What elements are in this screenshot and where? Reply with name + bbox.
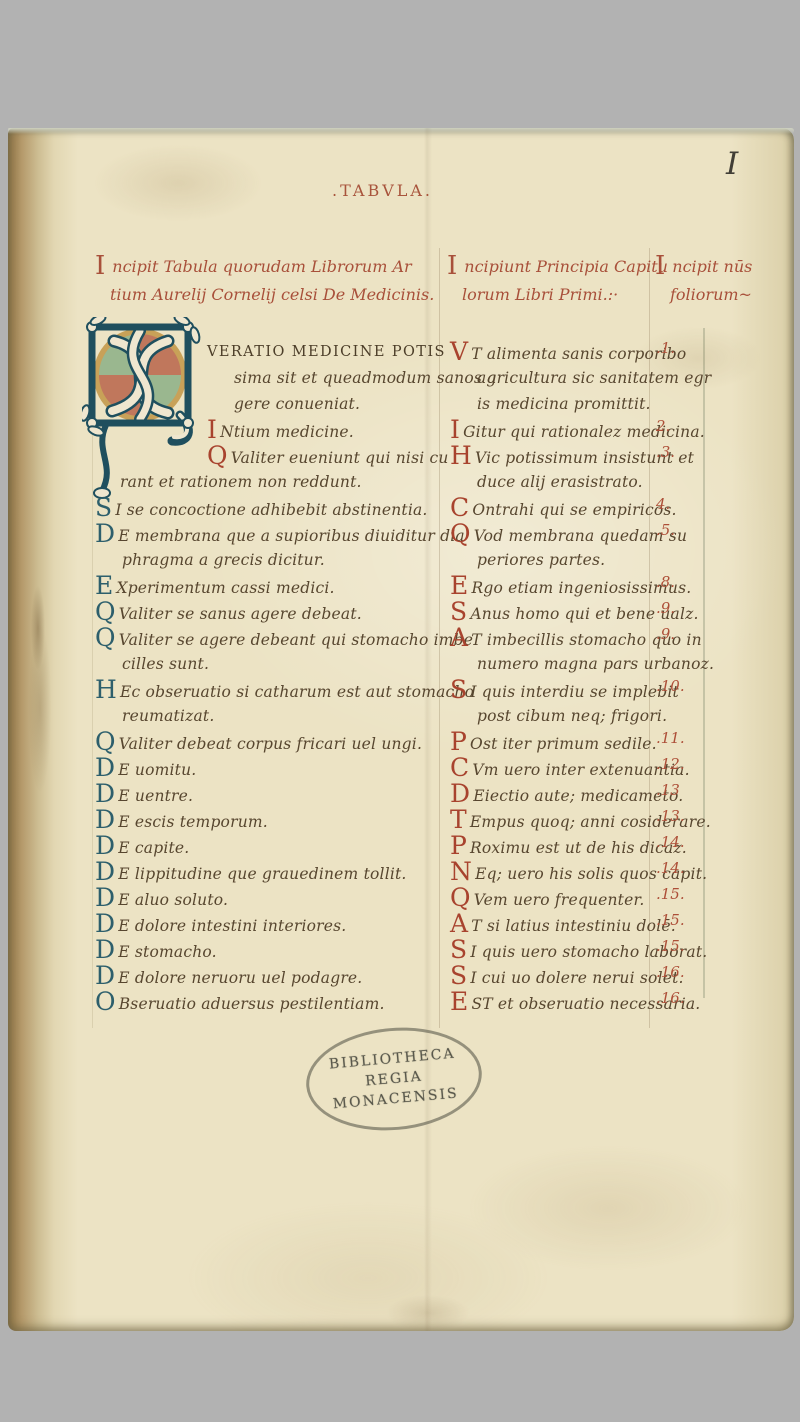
entry-text: Roximu est ut de his dicaz.: [470, 839, 687, 857]
toc-entry: VERATIO MEDICINE POTISsima sit et queadm…: [95, 339, 447, 417]
entry-text: E aluo soluto.: [118, 891, 228, 909]
drop-cap-initial: O: [95, 989, 116, 1015]
drop-cap-initial: E: [450, 989, 468, 1015]
toc-entry: DE dolore intestini interiores.: [95, 911, 447, 937]
drop-cap-initial: D: [95, 833, 115, 859]
drop-cap-initial: D: [95, 885, 115, 911]
drop-cap-initial: D: [95, 911, 115, 937]
drop-cap-initial: S: [450, 963, 467, 989]
folio-number: .13.: [656, 807, 685, 825]
drop-cap-initial: D: [95, 859, 115, 885]
entry-text: T si latius intestiniu dolē.: [471, 917, 676, 935]
entry-line: periores partes.: [450, 547, 700, 573]
entry-line: INtium medicine.: [207, 417, 447, 443]
entry-line: cilles sunt.: [95, 651, 447, 677]
stamp-line: MONACENSIS: [332, 1083, 459, 1114]
entry-text: Valiter eueniunt qui nisi cu: [231, 449, 449, 467]
drop-cap-initial: I: [450, 417, 460, 443]
folio-number: .16.: [656, 989, 685, 1007]
folio-mark: I: [726, 146, 738, 182]
folio-number: .1.: [656, 339, 675, 357]
entry-line: is medicina promittit.: [450, 391, 700, 417]
toc-entry: SI cui uo dolere nerui solet..16.: [450, 963, 700, 989]
toc-entry: DE membrana que a supioribus diuiditur d…: [95, 521, 447, 573]
entry-line: DE membrana que a supioribus diuiditur d…: [95, 521, 447, 547]
entry-line: QValiter debeat corpus fricari uel ungi.: [95, 729, 447, 755]
toc-entry: DE escis temporum.: [95, 807, 447, 833]
entry-line: HEc obseruatio si catharum est aut stoma…: [95, 677, 447, 703]
entry-line: duce alij erasistrato.: [450, 469, 700, 495]
drop-cap-initial: I: [207, 417, 217, 443]
entry-text: Valiter debeat corpus fricari uel ungi.: [119, 735, 422, 753]
entry-line: VERATIO MEDICINE POTIS: [207, 339, 447, 365]
toc-entry: EST et obseruatio necessaria..16.: [450, 989, 700, 1015]
toc-column-right: VT alimenta sanis corporiboagricultura s…: [450, 339, 700, 1015]
toc-entry: EXperimentum cassi medici.: [95, 573, 447, 599]
entry-text: Ontrahi qui se empiricos.: [472, 501, 676, 519]
entry-text: E stomacho.: [118, 943, 217, 961]
drop-cap-initial: Q: [95, 599, 116, 625]
entry-text: E lippitudine que grauedinem tollit.: [118, 865, 406, 883]
drop-cap-initial: D: [95, 937, 115, 963]
entry-text: I cui uo dolere nerui solet.: [470, 969, 683, 987]
folio-number: .5.: [656, 521, 675, 539]
drop-cap-initial: D: [450, 781, 470, 807]
toc-entry: IGitur qui rationalez medicina.2.: [450, 417, 700, 443]
incipit-text: ncipit nūs: [672, 257, 752, 276]
toc-entry: DE uentre.: [95, 781, 447, 807]
drop-cap-initial: Q: [450, 885, 471, 911]
incipit-block: Incipit nūsfoliorum~: [655, 252, 783, 309]
entry-line: DE escis temporum.: [95, 807, 447, 833]
entry-line: QValiter se agere debeant qui stomacho i…: [95, 625, 447, 651]
folio-number: .16.: [656, 963, 685, 981]
entry-line: QValiter se sanus agere debeat.: [95, 599, 447, 625]
drop-cap-initial: Q: [450, 521, 471, 547]
entry-text: Xperimentum cassi medici.: [116, 579, 334, 597]
drop-cap-initial: Q: [207, 443, 228, 469]
incipit-line: tium Aurelij Cornelij celsi De Medicinis…: [95, 281, 447, 309]
entry-line: DE uomitu.: [95, 755, 447, 781]
drop-cap-initial: A: [450, 625, 468, 651]
drop-cap-initial: H: [95, 677, 117, 703]
toc-entry: DE stomacho.: [95, 937, 447, 963]
incipit-line: Incipit nūs: [655, 252, 783, 281]
drop-cap-initial: S: [450, 677, 467, 703]
incipit-block: Incipiunt Principia Capitulorum Libri Pr…: [447, 252, 655, 309]
drop-cap-initial: E: [95, 573, 113, 599]
incipit-initial: I: [95, 251, 105, 281]
toc-entry: COntrahi qui se empiricos.4.: [450, 495, 700, 521]
toc-entry: ERgo etiam ingeniosissimus..8.: [450, 573, 700, 599]
folio-number: .14.: [656, 833, 685, 851]
incipit-initial: I: [447, 251, 457, 281]
entry-text: T alimenta sanis corporibo: [471, 345, 686, 363]
folio-number: .14.: [656, 859, 685, 877]
entry-line: rant et rationem non reddunt.: [120, 469, 447, 495]
incipit-text: ncipiunt Principia Capitu: [464, 257, 668, 276]
entry-line: DE aluo soluto.: [95, 885, 447, 911]
entry-text: Ec obseruatio si catharum est aut stomac…: [120, 683, 474, 701]
drop-cap-initial: C: [450, 495, 469, 521]
toc-entry: QVem uero frequenter..15.: [450, 885, 700, 911]
folio-number: .12.: [656, 755, 685, 773]
drop-cap-initial: P: [450, 833, 467, 859]
entry-line: OBseruatio aduersus pestilentiam.: [95, 989, 447, 1015]
entry-line: agricultura sic sanitatem egr: [450, 365, 700, 391]
incipit-initial: I: [655, 251, 665, 281]
entry-text: E uomitu.: [118, 761, 196, 779]
entry-text: E uentre.: [118, 787, 193, 805]
entry-text: Ntium medicine.: [220, 423, 354, 441]
folio-number: .8.: [656, 573, 675, 591]
drop-cap-initial: D: [95, 963, 115, 989]
entry-text: Valiter se sanus agere debeat.: [119, 605, 362, 623]
drop-cap-initial: D: [95, 781, 115, 807]
entry-line: DE stomacho.: [95, 937, 447, 963]
toc-entry: DE capite.: [95, 833, 447, 859]
folio-number: .3.: [656, 443, 675, 461]
folio-number: .10.: [656, 677, 685, 695]
incipit-text: ncipit Tabula quorudam Librorum Ar: [112, 257, 411, 276]
entry-text: E capite.: [118, 839, 189, 857]
drop-cap-initial: P: [450, 729, 467, 755]
incipit-line: Incipiunt Principia Capitu: [447, 252, 655, 281]
toc-entry: OBseruatio aduersus pestilentiam.: [95, 989, 447, 1015]
toc-entry: QValiter debeat corpus fricari uel ungi.: [95, 729, 447, 755]
drop-cap-initial: Q: [95, 729, 116, 755]
drop-cap-initial: S: [450, 937, 467, 963]
page-title: .TABVLA.: [332, 181, 433, 200]
entry-line: DE uentre.: [95, 781, 447, 807]
incipit-line: Incipit Tabula quorudam Librorum Ar: [95, 252, 447, 281]
drop-cap-initial: V: [450, 339, 468, 365]
toc-entry: QValiter se sanus agere debeat.: [95, 599, 447, 625]
toc-entry: DE lippitudine que grauedinem tollit.: [95, 859, 447, 885]
drop-cap-initial: D: [95, 755, 115, 781]
entry-line: DE capite.: [95, 833, 447, 859]
toc-entry: DE dolore neruoru uel podagre.: [95, 963, 447, 989]
entry-text: Valiter se agere debeant qui stomacho im…: [119, 631, 473, 649]
entry-line: EXperimentum cassi medici.: [95, 573, 447, 599]
entry-line: SI se concoctione adhibebit abstinentia.: [95, 495, 447, 521]
entry-text: Vem uero frequenter.: [474, 891, 645, 909]
entry-text: Bseruatio aduersus pestilentiam.: [119, 995, 385, 1013]
drop-cap-initial: D: [95, 521, 115, 547]
drop-cap-initial: A: [450, 911, 468, 937]
toc-entry: SI quis uero stomacho laborat..15.: [450, 937, 700, 963]
toc-entry: QValiter se agere debeant qui stomacho i…: [95, 625, 447, 677]
toc-entry: POst iter primum sedile..11.: [450, 729, 700, 755]
toc-entry: SAnus homo qui et bene ualz..9.: [450, 599, 700, 625]
folio-number: .15.: [656, 885, 685, 903]
toc-entry: DE uomitu.: [95, 755, 447, 781]
entry-line: phragma a grecis dicitur.: [95, 547, 447, 573]
folio-number: .15.: [656, 937, 685, 955]
entry-line: DE lippitudine que grauedinem tollit.: [95, 859, 447, 885]
folio-number: .15.: [656, 911, 685, 929]
entry-text: E escis temporum.: [118, 813, 268, 831]
toc-entry: QVod membrana quedam superiores partes..…: [450, 521, 700, 573]
folio-number: .9.: [656, 599, 675, 617]
entry-line: reumatizat.: [95, 703, 447, 729]
entry-text: Eiectio aute; medicameto.: [473, 787, 683, 805]
toc-entry: HEc obseruatio si catharum est aut stoma…: [95, 677, 447, 729]
toc-entry: QValiter eueniunt qui nisi curant et rat…: [95, 443, 447, 495]
drop-cap-initial: E: [450, 573, 468, 599]
drop-cap-initial: Q: [95, 625, 116, 651]
drop-cap-initial: T: [450, 807, 467, 833]
folio-number: .13: [656, 781, 680, 799]
toc-column-left: VERATIO MEDICINE POTISsima sit et queadm…: [95, 339, 447, 1015]
drop-cap-initial: H: [450, 443, 472, 469]
folio-number: .9.: [656, 625, 675, 643]
folio-number: .11.: [656, 729, 685, 747]
toc-entry: HVic potissimum insistunt etduce alij er…: [450, 443, 700, 495]
folio-number: 4.: [656, 495, 670, 513]
toc-entry: CVm uero inter extenuantia..12.: [450, 755, 700, 781]
toc-entry: TEmpus quoq; anni cosiderare..13.: [450, 807, 700, 833]
entry-text: E membrana que a supioribus diuiditur di…: [118, 527, 465, 545]
entry-line: sima sit et queadmodum sanos a: [207, 365, 447, 391]
toc-entry: SI se concoctione adhibebit abstinentia.: [95, 495, 447, 521]
entry-text: E dolore intestini interiores.: [118, 917, 346, 935]
drop-cap-initial: N: [450, 859, 472, 885]
entry-line: DE dolore neruoru uel podagre.: [95, 963, 447, 989]
drop-cap-initial: C: [450, 755, 469, 781]
entry-text: E dolore neruoru uel podagre.: [118, 969, 362, 987]
entry-line: post cibum neq; frigori.: [450, 703, 700, 729]
incipit-line: lorum Libri Primi.:·: [447, 281, 655, 309]
drop-cap-initial: S: [95, 495, 112, 521]
entry-line: gere conueniat.: [207, 391, 447, 417]
entry-line: QValiter eueniunt qui nisi cu: [207, 443, 447, 469]
entry-line: numero magna pars urbanoz.: [450, 651, 700, 677]
toc-entry: VT alimenta sanis corporiboagricultura s…: [450, 339, 700, 417]
entry-text: I se concoctione adhibebit abstinentia.: [115, 501, 427, 519]
toc-entry: INtium medicine.: [95, 417, 447, 443]
toc-entry: PRoximu est ut de his dicaz..14.: [450, 833, 700, 859]
toc-entry: AT imbecillis stomacho quo innumero magn…: [450, 625, 700, 677]
folio-number: 2.: [656, 417, 670, 435]
toc-entry: DEiectio aute; medicameto..13: [450, 781, 700, 807]
toc-entry: NEq; uero his solis quos capit..14.: [450, 859, 700, 885]
drop-cap-initial: S: [450, 599, 467, 625]
toc-entry: AT si latius intestiniu dolē..15.: [450, 911, 700, 937]
toc-entry: DE aluo soluto.: [95, 885, 447, 911]
entry-text: I quis interdiu se implebit: [470, 683, 679, 701]
incipit-line: foliorum~: [655, 281, 783, 309]
drop-cap-initial: D: [95, 807, 115, 833]
entry-line: DE dolore intestini interiores.: [95, 911, 447, 937]
toc-entry: SI quis interdiu se implebitpost cibum n…: [450, 677, 700, 729]
entry-text: Ost iter primum sedile.: [470, 735, 657, 753]
incipit-block: Incipit Tabula quorudam Librorum Artium …: [95, 252, 447, 309]
